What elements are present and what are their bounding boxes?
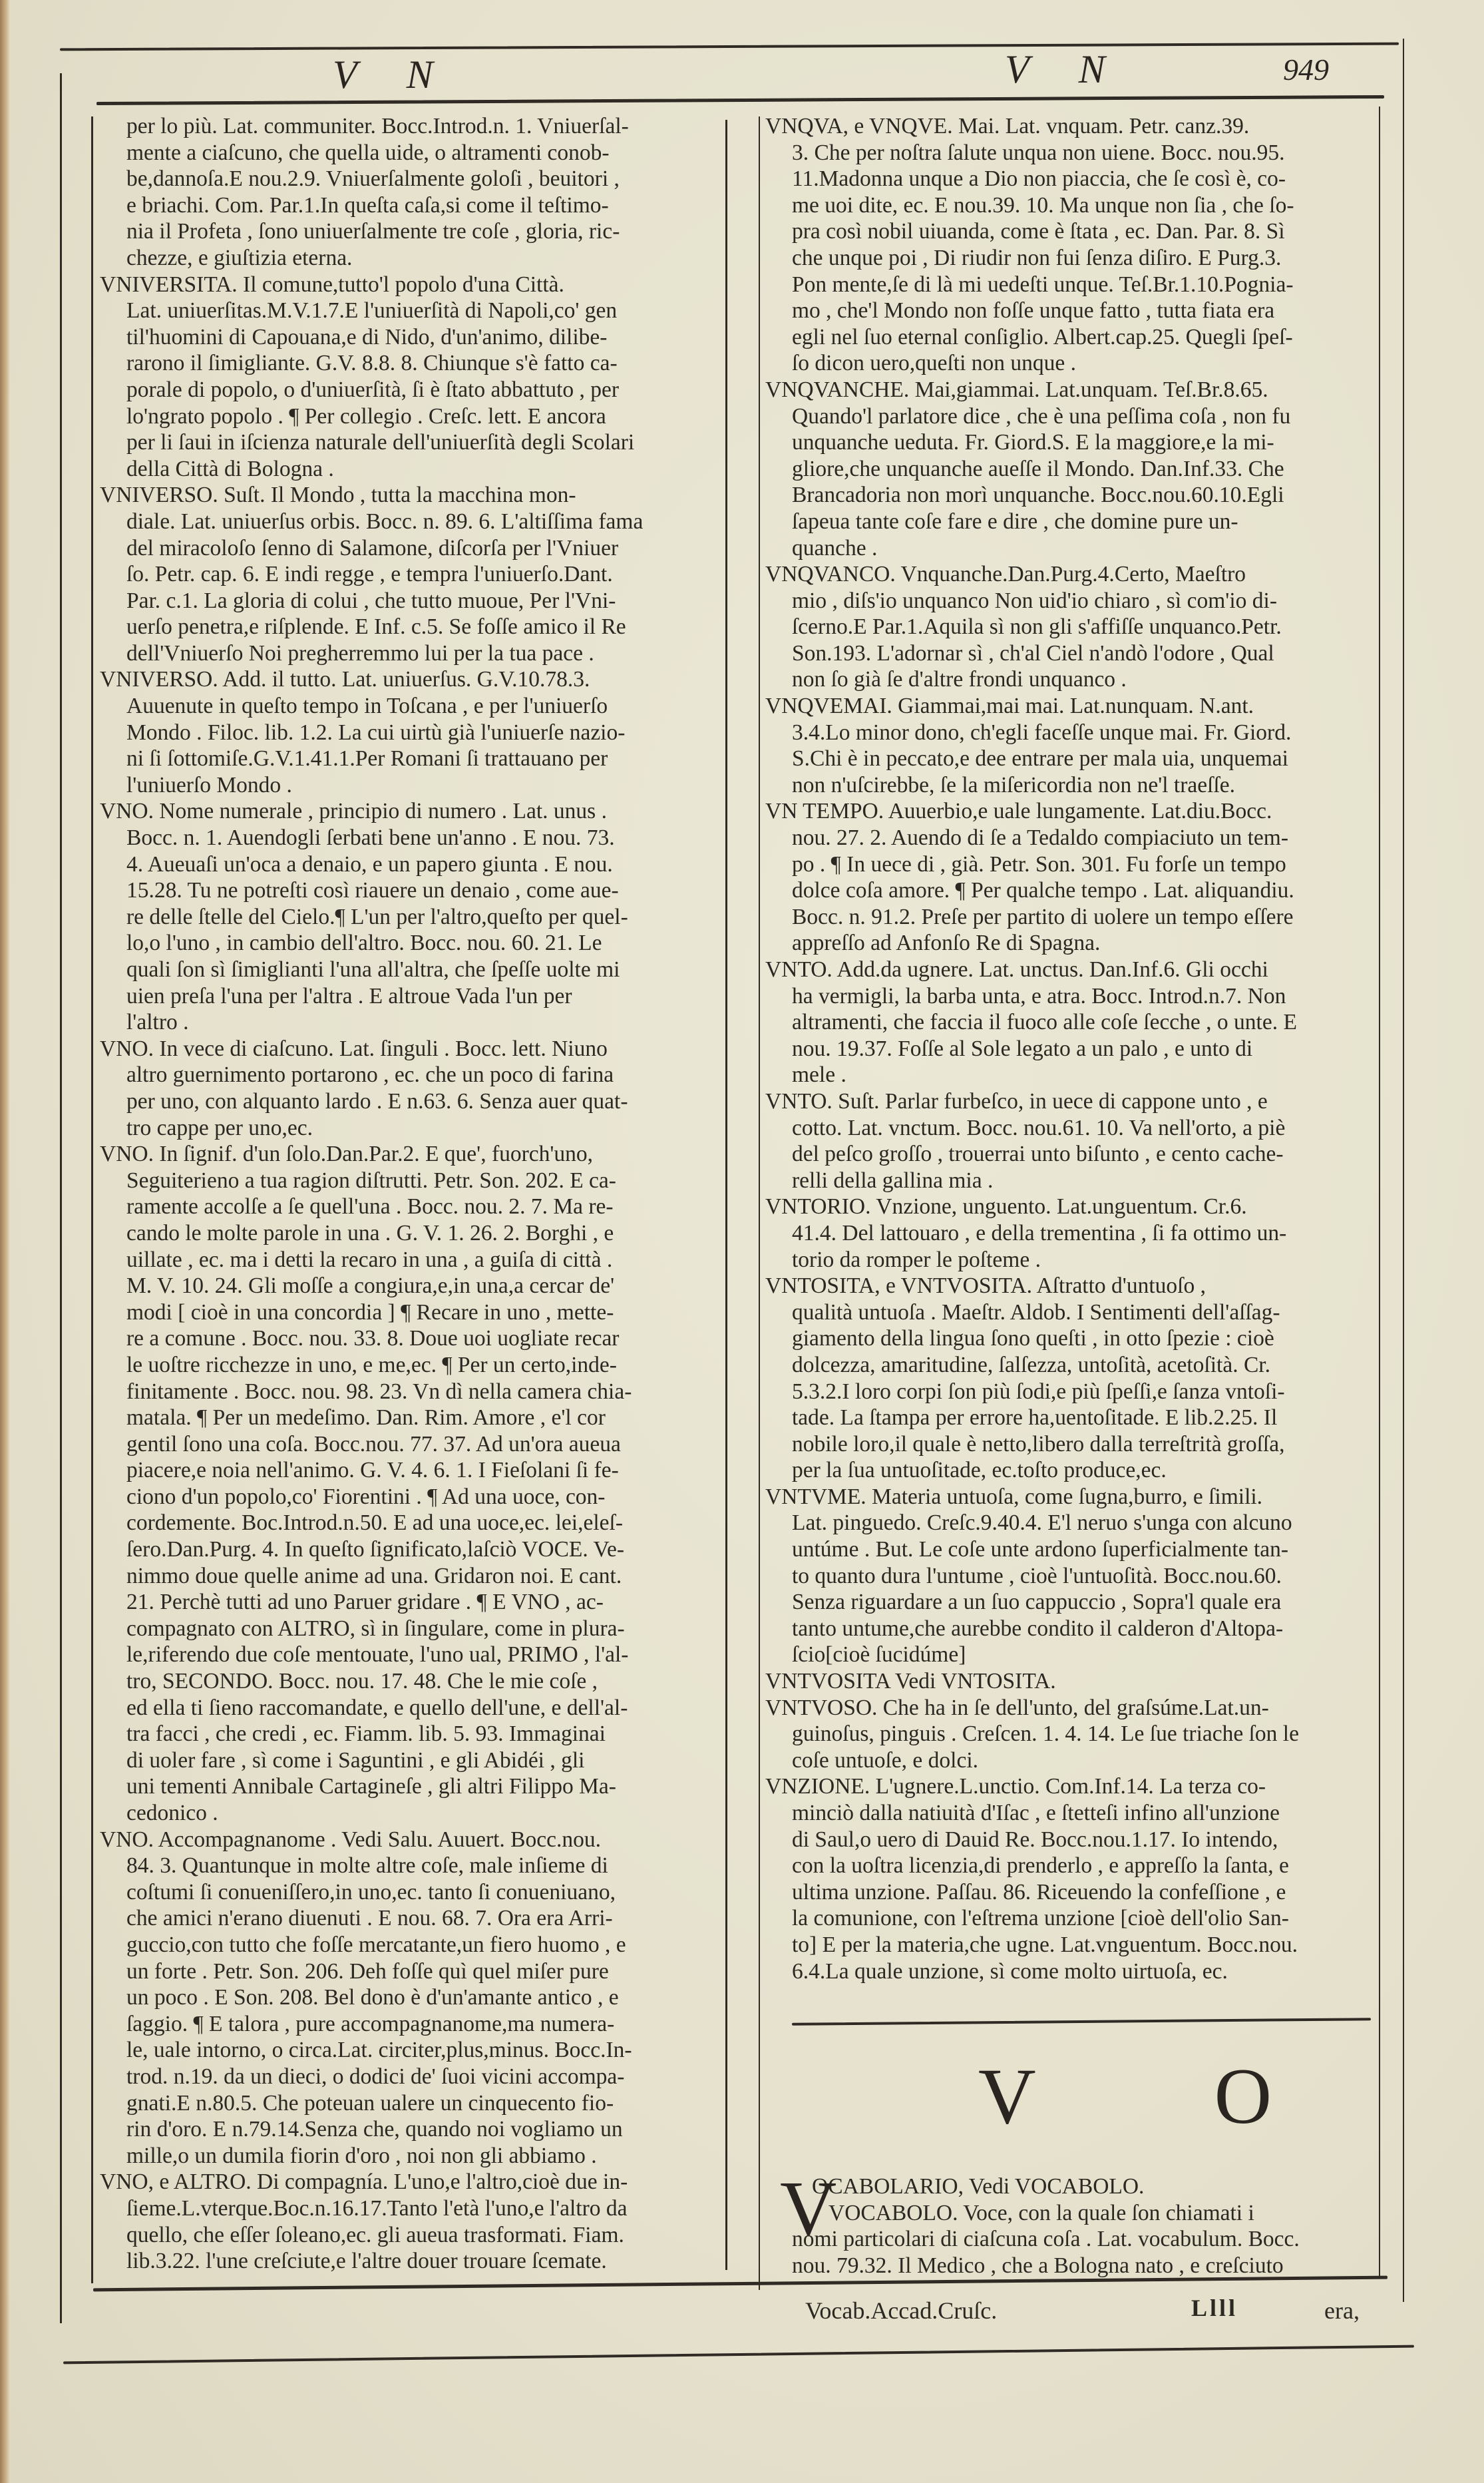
text-line: le,riferendo due coſe mentouate, l'uno u… (100, 1642, 719, 1668)
text-line: l'uniuerſo Mondo . (100, 772, 719, 799)
text-line: tade. La ſtampa per errore ha,uentoſitad… (765, 1405, 1378, 1431)
text-line: quali ſon sì ſimiglianti l'una all'altra… (100, 957, 719, 983)
text-line: nimmo doue quelle anime ad una. Gridaron… (100, 1563, 719, 1590)
text-line: Quando'l parlatore dice , che è una peſſ… (765, 403, 1378, 430)
text-line: ſapeua tante coſe fare e dire , che domi… (765, 509, 1378, 535)
running-head-left: V N (333, 52, 453, 98)
text-line: le uoſtre ricchezze in uno, e me,ec. ¶ P… (100, 1352, 719, 1379)
text-line: 5.3.2.I loro corpi ſon più ſodi,e più ſp… (765, 1379, 1378, 1405)
text-line: appreſſo ad Anfonſo Re di Spagna. (765, 930, 1378, 957)
text-line: un poco . E Son. 208. Bel dono è d'un'am… (100, 1984, 719, 2011)
text-line: Bocc. n. 91.2. Preſe per partito di uole… (765, 904, 1378, 931)
text-line: un forte . Petr. Son. 206. Deh foſſe quì… (100, 1958, 719, 1985)
text-line: nou. 27. 2. Auendo di ſe a Tedaldo compi… (765, 825, 1378, 851)
right-column-frame-right (1379, 107, 1380, 2277)
text-line: nou. 79.32. Il Medico , che a Bologna na… (765, 2253, 1378, 2279)
text-line: lib.3.22. l'une creſciute,e l'altre doue… (100, 2248, 719, 2275)
text-line: relli della gallina mia . (765, 1168, 1378, 1194)
text-line: tro cappe per uno,ec. (100, 1115, 719, 1142)
text-line: mente a ciaſcuno, che quella uide, o alt… (100, 140, 719, 166)
text-line: Son.193. L'adornar sì , ch'al Ciel n'and… (765, 640, 1378, 667)
text-line: gnati.E n.80.5. Che poteuan ualere un ci… (100, 2090, 719, 2117)
entry-headword-line: VNIVERSO. Suſt. Il Mondo , tutta la macc… (100, 482, 719, 509)
text-line: re delle ſtelle del Cielo.¶ L'un per l'a… (100, 904, 719, 931)
text-line: 3. Che per noſtra ſalute unqua non uiene… (765, 140, 1378, 166)
text-line: matala. ¶ Per un medeſimo. Dan. Rim. Amo… (100, 1405, 719, 1431)
text-line: le, uale intorno, o circa.Lat. circiter,… (100, 2037, 719, 2064)
text-line: modi [ cioè in una concordia ] ¶ Recare … (100, 1299, 719, 1326)
text-line: to] E per la materia,che ugne. Lat.vngue… (765, 1932, 1378, 1958)
text-line: nia il Profeta , ſono uniuerſalmente tre… (100, 218, 719, 245)
text-line: finitamente . Bocc. nou. 98. 23. Vn dì n… (100, 1379, 719, 1405)
text-line: compagnato con ALTRO, sì in ſingulare, c… (100, 1616, 719, 1642)
entry-headword-line: VNO. In vece di ciaſcuno. Lat. ſinguli .… (100, 1036, 719, 1062)
text-line: Par. c.1. La gloria di colui , che tutto… (100, 588, 719, 614)
text-line: tanto untume,che aurebbe condito il cald… (765, 1616, 1378, 1642)
entry-headword-line: VNTOSITA, e VNTVOSITA. Aſtratto d'untuoſ… (765, 1273, 1378, 1299)
text-line: per lo più. Lat. communiter. Bocc.Introd… (100, 113, 719, 140)
text-line: ſo. Petr. cap. 6. E indi regge , e tempr… (100, 561, 719, 588)
text-line: 4. Aueuaſi un'oca a denaio, e un papero … (100, 851, 719, 878)
text-line: che unque poi , Di riudir non fui ſenza … (765, 245, 1378, 272)
text-line: ſieme.L.vterque.Boc.n.16.17.Tanto l'età … (100, 2195, 719, 2222)
entry-headword-line: VNO. Accompagnanome . Vedi Salu. Auuert.… (100, 1827, 719, 1853)
text-line: quello, che eſſer ſoleano,ec. gli aueua … (100, 2222, 719, 2249)
entry-headword-line: VNZIONE. L'ugnere.L.unctio. Com.Inf.14. … (765, 1773, 1378, 1800)
text-line: di uoler fare , sì come i Saguntini , e … (100, 1747, 719, 1774)
text-line: torio da romper le poſteme . (765, 1247, 1378, 1273)
text-line: Mondo . Filoc. lib. 1.2. La cui uirtù gi… (100, 720, 719, 746)
text-line: 15.28. Tu ne potreſti così riauere un de… (100, 877, 719, 904)
entry-headword-line: VNTORIO. Vnzione, unguento. Lat.unguentu… (765, 1194, 1378, 1220)
text-line: l'altro . (100, 1009, 719, 1036)
text-line: mille,o un dumila fiorin d'oro , noi non… (100, 2143, 719, 2169)
text-line: qualità untuoſa . Maeſtr. Aldob. I Senti… (765, 1299, 1378, 1326)
text-line: tro, SECONDO. Bocc. nou. 17. 48. Che le … (100, 1668, 719, 1695)
text-line: cedonico . (100, 1800, 719, 1827)
entry-headword-line: VNQVANCHE. Mai,giammai. Lat.unquam. Teſ.… (765, 377, 1378, 403)
text-line: rin d'oro. E n.79.14.Senza che, quando n… (100, 2116, 719, 2143)
text-line: 21. Perchè tutti ad uno Paruer gridare .… (100, 1589, 719, 1616)
text-line: mo , che'l Mondo non foſſe unque fatto ,… (765, 298, 1378, 324)
text-line: per li ſaui in iſcienza naturale dell'un… (100, 429, 719, 456)
text-line: ſcio[cioè ſucidúme] (765, 1642, 1378, 1668)
text-line: S.Chi è in peccato,e dee entrare per mal… (765, 746, 1378, 772)
text-line: coſe untuoſe, e dolci. (765, 1747, 1378, 1774)
text-line: Auuenute in queſto tempo in Toſcana , e … (100, 693, 719, 720)
text-line: non n'uſcirebbe, ſe la miſericordia non … (765, 772, 1378, 799)
text-line: di Saul,o uero di Dauid Re. Bocc.nou.1.1… (765, 1827, 1378, 1853)
entry-headword-line: VNO. Nome numerale , principio di numero… (100, 798, 719, 825)
text-line: del miracoloſo ſenno di Salamone, diſcor… (100, 535, 719, 562)
text-line: 6.4.La quale unzione, sì come molto uirt… (765, 1958, 1378, 1985)
text-line: 84. 3. Quantunque in molte altre coſe, m… (100, 1853, 719, 1879)
entry-headword-line: VNTVOSO. Che ha in ſe dell'unto, del gra… (765, 1695, 1378, 1721)
entry-headword-line: VNIVERSITA. Il comune,tutto'l popolo d'u… (100, 272, 719, 298)
text-line: dolce coſa amore. ¶ Per qualche tempo . … (765, 877, 1378, 904)
text-line: non ſo già ſe d'altre frondi unquanco . (765, 666, 1378, 693)
text-line: cordemente. Boc.Introd.n.50. E ad una uo… (100, 1510, 719, 1536)
outer-frame-right (1403, 39, 1404, 2302)
text-line: porale di popolo, o d'uniuerſità, ſi è ſ… (100, 377, 719, 403)
text-line: re a comune . Bocc. nou. 33. 8. Doue uoi… (100, 1325, 719, 1352)
text-line: per la ſua untuoſitade, ec.toſto produce… (765, 1457, 1378, 1484)
text-line: ultima unzione. Paſſau. 86. Riceuendo la… (765, 1879, 1378, 1906)
text-line: lo,o l'uno , in cambio dell'altro. Bocc.… (100, 930, 719, 957)
text-line: Senza riguardare a un ſuo cappuccio , So… (765, 1589, 1378, 1616)
section-vo-text: OCABOLARIO, Vedi VOCABOLO.VOCABOLO. Voce… (765, 2173, 1378, 2279)
entry-headword-line: VNO. In ſignif. d'un ſolo.Dan.Par.2. E q… (100, 1141, 719, 1168)
text-line: dolcezza, amaritudine, ſalſezza, untoſit… (765, 1352, 1378, 1379)
text-line: nou. 19.37. Foſſe al Sole legato a un pa… (765, 1036, 1378, 1062)
text-line: della Città di Bologna . (100, 456, 719, 483)
text-line: Lat. pinguedo. Creſc.9.40.4. E'l neruo s… (765, 1510, 1378, 1536)
text-line: uni tementi Annibale Cartagineſe , gli a… (100, 1773, 719, 1800)
section-heading-vo: V O (978, 2050, 1352, 2142)
text-line: minciò dalla natiuità d'Iſac , e ſtetteſ… (765, 1800, 1378, 1827)
text-line: coſtumi ſi conueniſſero,in uno,ec. tanto… (100, 1879, 719, 1906)
text-line: gliore,che unquanche aueſſe il Mondo. Da… (765, 456, 1378, 483)
text-line: pra così nobil uiuanda, come è ſtata , e… (765, 218, 1378, 245)
page-number: 949 (1283, 52, 1329, 87)
text-line: ha vermigli, la barba unta, e atra. Bocc… (765, 983, 1378, 1010)
text-line: ſaggio. ¶ E talora , pure accompagnanome… (100, 2011, 719, 2038)
text-line: trod. n.19. da un dieci, o dodici de' ſu… (100, 2064, 719, 2090)
text-line: guinoſus, pinguis . Creſcen. 1. 4. 14. L… (765, 1721, 1378, 1747)
text-line: del peſco groſſo , trouerrai unto biſunt… (765, 1141, 1378, 1168)
text-line: ſcerno.E Par.1.Aquila sì non gli s'affiſ… (765, 614, 1378, 640)
entry-headword-line: VOCABOLO. Voce, con la quale ſon chiamat… (765, 2200, 1378, 2227)
text-line: Bocc. n. 1. Auendogli ſerbati bene un'an… (100, 825, 719, 851)
text-line: me uoi dite, ec. E nou.39. 10. Ma unque … (765, 192, 1378, 219)
text-line: rarono il ſimigliante. G.V. 8.8. 8. Chiu… (100, 350, 719, 377)
book-binding-edge (0, 0, 9, 2483)
text-line: tra facci , che credi , ec. Fiamm. lib. … (100, 1721, 719, 1747)
text-line: til'huomini di Capouana,e di Nido, d'un'… (100, 324, 719, 351)
text-line: uien preſa l'una per l'altra . E altroue… (100, 983, 719, 1010)
text-line: ſero.Dan.Purg. 4. In queſto ſignificato,… (100, 1536, 719, 1563)
running-head-right: V N (1005, 47, 1125, 93)
text-line: dell'Vniuerſo Noi pregherremmo lui per l… (100, 640, 719, 667)
signature-mark: Llll (1191, 2294, 1238, 2322)
entry-headword-line: VN TEMPO. Auuerbio,e uale lungamente. La… (765, 798, 1378, 825)
text-line: mele . (765, 1062, 1378, 1088)
text-line: nomi particolari di ciaſcuna coſa . Lat.… (765, 2226, 1378, 2253)
text-line: cando le molte parole in una . G. V. 1. … (100, 1220, 719, 1247)
entry-headword-line: VNQVA, e VNQVE. Mai. Lat. vnquam. Petr. … (765, 113, 1378, 140)
text-line: uillate , ec. ma i detti la recaro in un… (100, 1247, 719, 1273)
entry-headword-line: VNIVERSO. Add. il tutto. Lat. uniuerſus.… (100, 666, 719, 693)
text-line: ramente accolſe a ſe quell'una . Bocc. n… (100, 1194, 719, 1220)
text-line: per uno, con alquanto lardo . E n.63. 6.… (100, 1088, 719, 1115)
text-line: e briachi. Com. Par.1.In queſta caſa,si … (100, 192, 719, 219)
text-line: giamento della lingua ſono queſti , in o… (765, 1325, 1378, 1352)
text-line: diale. Lat. uniuerſus orbis. Bocc. n. 89… (100, 509, 719, 535)
text-line: uerſo penetra,e riſplende. E Inf. c.5. S… (100, 614, 719, 640)
text-line: ciono d'un popolo,co' Fiorentini . ¶ Ad … (100, 1484, 719, 1510)
text-line: con la uoſtra licenzia,di prenderlo , e … (765, 1853, 1378, 1879)
text-line: ni ſi ſottomiſe.G.V.1.41.1.Per Romani ſi… (100, 746, 719, 772)
left-column-frame-left (91, 116, 93, 2283)
signature-title: Vocab.Accad.Cruſc. (805, 2297, 997, 2325)
text-line: Seguiterieno a tua ragion diſtrutti. Pet… (100, 1168, 719, 1194)
text-line: guccio,con tutto che foſſe mercatante,un… (100, 1932, 719, 1958)
text-line: chezze, e giuſtizia eterna. (100, 245, 719, 272)
text-line: mio , diſs'io unquanco Non uid'io chiaro… (765, 588, 1378, 614)
text-line: po . ¶ In uece di , già. Petr. Son. 301.… (765, 851, 1378, 878)
text-line: ſo dicon uero,queſti non unque . (765, 350, 1378, 377)
text-line: che amici n'erano diuenuti . E nou. 68. … (100, 1905, 719, 1932)
entry-headword-line: VNTO. Suſt. Parlar furbeſco, in uece di … (765, 1088, 1378, 1115)
text-line: gentil ſono una coſa. Bocc.nou. 77. 37. … (100, 1431, 719, 1458)
text-line: Pon mente,ſe di là mi uedeſti unque. Teſ… (765, 272, 1378, 298)
text-line: altro guernimento portarono , ec. che un… (100, 1062, 719, 1088)
text-line: cotto. Lat. vnctum. Bocc. nou.61. 10. Va… (765, 1115, 1378, 1142)
catchword: era, (1324, 2297, 1360, 2325)
right-column-text: VNQVA, e VNQVE. Mai. Lat. vnquam. Petr. … (765, 113, 1378, 1984)
text-line: be,dannoſa.E nou.2.9. Vniuerſalmente gol… (100, 166, 719, 192)
outer-frame-left (60, 73, 62, 2323)
left-column-text: per lo più. Lat. communiter. Bocc.Introd… (100, 113, 719, 2275)
entry-headword-line: VNTO. Add.da ugnere. Lat. unctus. Dan.In… (765, 957, 1378, 983)
text-line: egli nel ſuo eternal conſiglio. Albert.c… (765, 324, 1378, 351)
entry-headword-line: VNQVEMAI. Giammai,mai mai. Lat.nunquam. … (765, 693, 1378, 720)
text-line: untúme . But. Le coſe unte ardono ſuperf… (765, 1536, 1378, 1563)
text-line: 11.Madonna unque a Dio non piaccia, che … (765, 166, 1378, 192)
entry-headword-line: VNQVANCO. Vnquanche.Dan.Purg.4.Certo, Ma… (765, 561, 1378, 588)
text-line: Lat. uniuerſitas.M.V.1.7.E l'uniuerſità … (100, 298, 719, 324)
text-line: quanche . (765, 535, 1378, 562)
text-line: 41.4. Del lattouaro , e della trementina… (765, 1220, 1378, 1247)
text-line: piacere,e noia nell'animo. G. V. 4. 6. 1… (100, 1457, 719, 1484)
text-line: lo'ngrato popolo . ¶ Per collegio . Creſ… (100, 403, 719, 430)
entry-headword-line: VNO, e ALTRO. Di compagnía. L'uno,e l'al… (100, 2169, 719, 2195)
entry-headword-line: VNTVME. Materia untuoſa, come ſugna,burr… (765, 1484, 1378, 1510)
text-line: 3.4.Lo minor dono, ch'egli faceſſe unque… (765, 720, 1378, 746)
text-line: altramenti, che faccia il fuoco alle coſ… (765, 1009, 1378, 1036)
text-line: OCABOLARIO, Vedi VOCABOLO. (765, 2173, 1378, 2200)
text-line: nobile loro,il quale è netto,libero dall… (765, 1431, 1378, 1458)
text-line: ed ella ti ſieno raccomandate, e quello … (100, 1695, 719, 1721)
column-divider-left (725, 120, 727, 2270)
entry-headword-line: VNTVOSITA Vedi VNTOSITA. (765, 1668, 1378, 1695)
text-line: unquanche ueduta. Fr. Giord.S. E la magg… (765, 429, 1378, 456)
text-line: M. V. 10. 24. Gli moſſe a congiura,e,in … (100, 1273, 719, 1299)
column-divider-right (759, 116, 760, 2290)
text-line: to quanto dura l'untume , cioè l'untuoſi… (765, 1563, 1378, 1590)
text-line: la comunione, con l'eſtrema unzione [cio… (765, 1905, 1378, 1932)
text-line: Brancadoria non morì unquanche. Bocc.nou… (765, 482, 1378, 509)
